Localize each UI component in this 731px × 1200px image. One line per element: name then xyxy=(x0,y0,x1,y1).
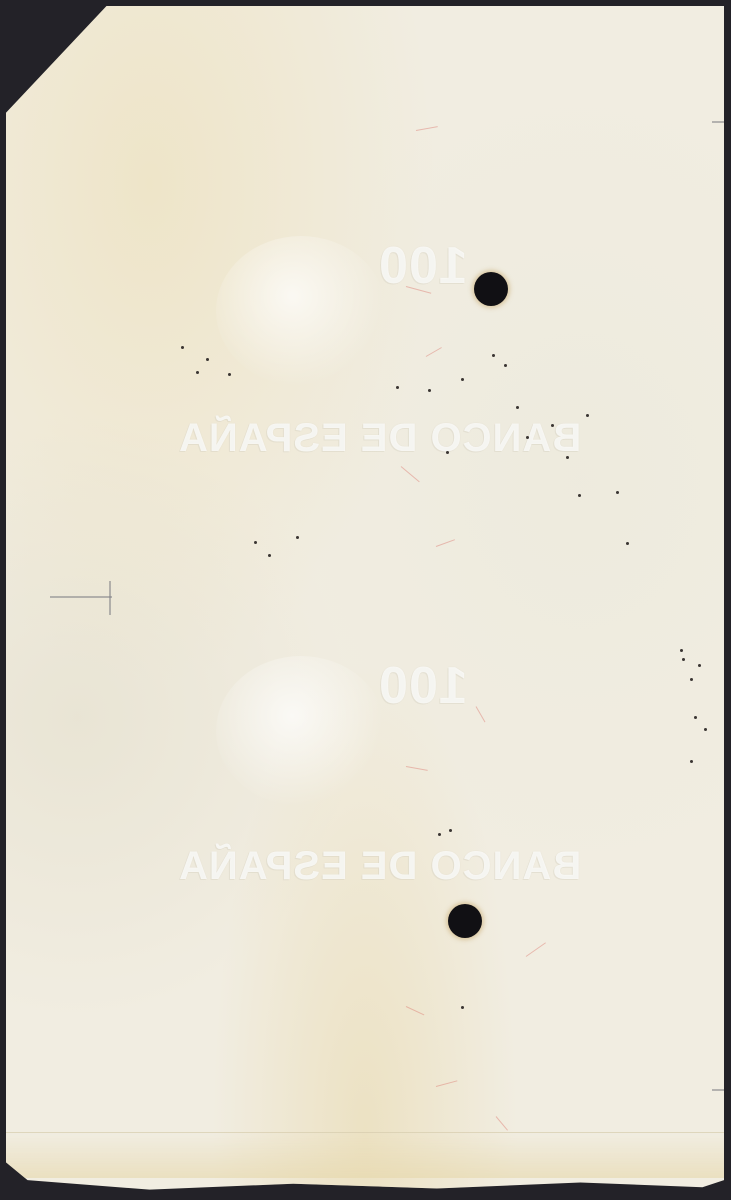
fiber xyxy=(426,347,442,357)
fiber xyxy=(526,942,546,957)
speck xyxy=(461,378,464,381)
speck xyxy=(680,649,683,652)
speck xyxy=(694,716,697,719)
portrait-watermark-top xyxy=(216,236,386,386)
fiber xyxy=(476,706,486,722)
bank-name-watermark-top: BANCO DE ESPAÑA xyxy=(178,416,581,461)
speck xyxy=(616,491,619,494)
speck xyxy=(690,678,693,681)
speck xyxy=(704,728,707,731)
registration-mark-horizontal xyxy=(50,596,112,598)
punch-hole-bottom xyxy=(448,904,482,938)
speck xyxy=(492,354,495,357)
speck xyxy=(228,373,231,376)
fiber xyxy=(401,466,420,482)
punch-hole-top xyxy=(474,272,508,306)
speck xyxy=(566,456,569,459)
speck xyxy=(254,541,257,544)
fiber xyxy=(496,1116,508,1130)
speck xyxy=(461,1006,464,1009)
portrait-watermark-bottom xyxy=(216,656,386,806)
speck xyxy=(268,554,271,557)
speck xyxy=(682,658,685,661)
speck xyxy=(586,414,589,417)
speck xyxy=(698,664,701,667)
speck xyxy=(196,371,199,374)
value-watermark-bottom: 100 xyxy=(378,656,468,716)
fiber xyxy=(406,766,428,771)
speck xyxy=(578,494,581,497)
speck xyxy=(181,346,184,349)
speck xyxy=(526,436,529,439)
value-watermark-top: 100 xyxy=(378,236,468,296)
speck xyxy=(206,358,209,361)
edge-tick-top-right xyxy=(712,121,730,123)
edge-tick-bottom-right xyxy=(712,1089,730,1091)
registration-mark-vertical xyxy=(109,581,111,615)
speck xyxy=(396,386,399,389)
speck xyxy=(551,424,554,427)
speck xyxy=(626,542,629,545)
speck xyxy=(446,451,449,454)
speck xyxy=(504,364,507,367)
speck xyxy=(438,833,441,836)
speck xyxy=(449,829,452,832)
speck xyxy=(428,389,431,392)
speck xyxy=(296,536,299,539)
bottom-edge-band xyxy=(6,1132,724,1178)
fiber xyxy=(406,1006,425,1015)
speck xyxy=(516,406,519,409)
speck xyxy=(690,760,693,763)
bank-name-watermark-bottom: BANCO DE ESPAÑA xyxy=(178,844,581,889)
fiber xyxy=(436,1080,458,1087)
banknote-paper: 100 BANCO DE ESPAÑA 100 BANCO DE ESPAÑA xyxy=(6,6,724,1192)
fiber xyxy=(416,126,438,131)
fiber xyxy=(436,539,455,547)
